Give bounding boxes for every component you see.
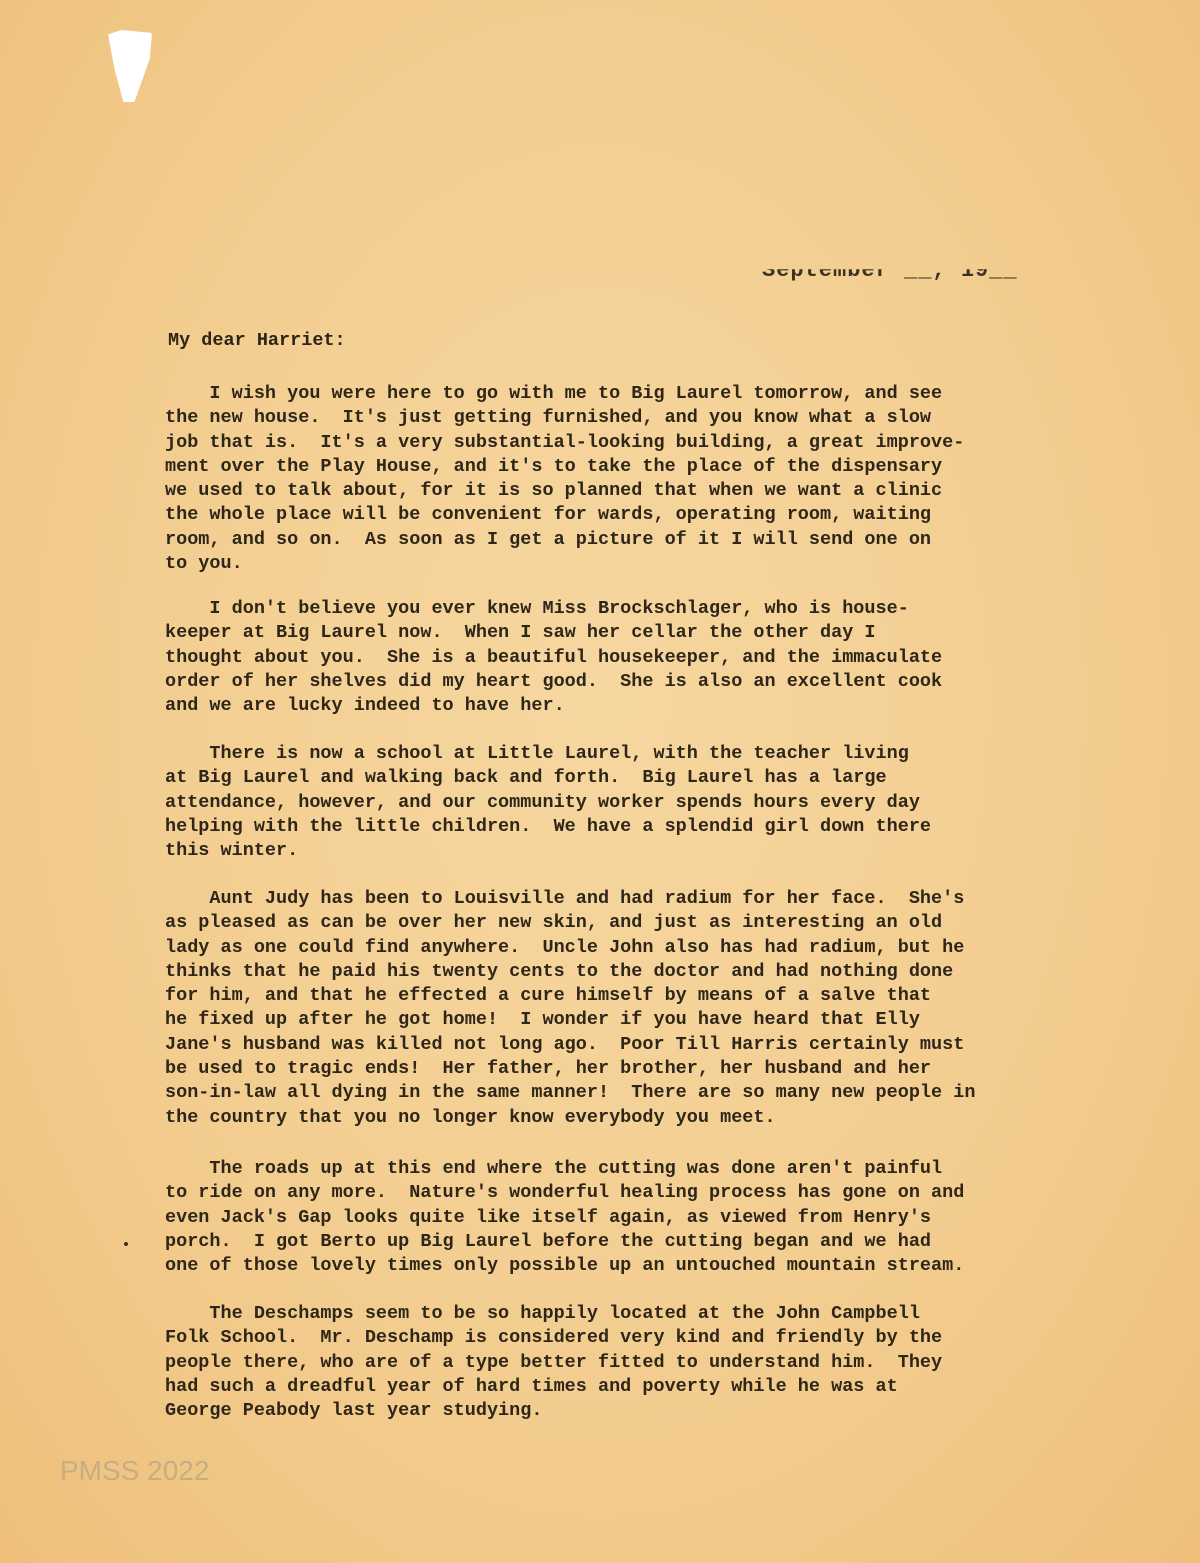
watermark: PMSS 2022 xyxy=(60,1455,209,1487)
text-line: ment over the Play House, and it's to ta… xyxy=(165,455,1065,479)
text-line: we used to talk about, for it is so plan… xyxy=(165,479,1065,503)
text-line: to you. xyxy=(165,552,1065,576)
text-line: for him, and that he effected a cure him… xyxy=(165,984,1065,1008)
ink-dot xyxy=(124,1242,128,1246)
text-line: and we are lucky indeed to have her. xyxy=(165,694,1065,718)
text-line: thinks that he paid his twenty cents to … xyxy=(165,960,1065,984)
text-line: even Jack's Gap looks quite like itself … xyxy=(165,1206,1065,1230)
text-line: had such a dreadful year of hard times a… xyxy=(165,1375,1065,1399)
text-line: The roads up at this end where the cutti… xyxy=(165,1157,1065,1181)
text-line: son-in-law all dying in the same manner!… xyxy=(165,1081,1065,1105)
text-line: Folk School. Mr. Deschamp is considered … xyxy=(165,1326,1065,1350)
text-line: porch. I got Berto up Big Laurel before … xyxy=(165,1230,1065,1254)
text-line: attendance, however, and our community w… xyxy=(165,791,1065,815)
paragraph-3: There is now a school at Little Laurel, … xyxy=(165,742,1065,863)
text-line: I wish you were here to go with me to Bi… xyxy=(165,382,1065,406)
text-line: to ride on any more. Nature's wonderful … xyxy=(165,1181,1065,1205)
letter-page: September __, 19__ My dear Harriet: I wi… xyxy=(0,0,1200,1563)
text-line: people there, who are of a type better f… xyxy=(165,1351,1065,1375)
text-line: at Big Laurel and walking back and forth… xyxy=(165,766,1065,790)
text-line: order of her shelves did my heart good. … xyxy=(165,670,1065,694)
paragraph-6: The Deschamps seem to be so happily loca… xyxy=(165,1302,1065,1423)
text-line: Jane's husband was killed not long ago. … xyxy=(165,1033,1065,1057)
salutation: My dear Harriet: xyxy=(168,330,346,351)
text-line: he fixed up after he got home! I wonder … xyxy=(165,1008,1065,1032)
text-line: be used to tragic ends! Her father, her … xyxy=(165,1057,1065,1081)
text-line: the country that you no longer know ever… xyxy=(165,1106,1065,1130)
date-line: September __, 19__ xyxy=(762,258,1018,283)
paragraph-5: The roads up at this end where the cutti… xyxy=(165,1157,1065,1278)
text-line: room, and so on. As soon as I get a pict… xyxy=(165,528,1065,552)
text-line: the new house. It's just getting furnish… xyxy=(165,406,1065,430)
text-line: one of those lovely times only possible … xyxy=(165,1254,1065,1278)
paragraph-1: I wish you were here to go with me to Bi… xyxy=(165,382,1065,576)
text-line: The Deschamps seem to be so happily loca… xyxy=(165,1302,1065,1326)
text-line: I don't believe you ever knew Miss Brock… xyxy=(165,597,1065,621)
text-line: Aunt Judy has been to Louisville and had… xyxy=(165,887,1065,911)
text-line: this winter. xyxy=(165,839,1065,863)
text-line: lady as one could find anywhere. Uncle J… xyxy=(165,936,1065,960)
text-line: the whole place will be convenient for w… xyxy=(165,503,1065,527)
text-line: keeper at Big Laurel now. When I saw her… xyxy=(165,621,1065,645)
text-line: George Peabody last year studying. xyxy=(165,1399,1065,1423)
text-line: helping with the little children. We hav… xyxy=(165,815,1065,839)
text-line: There is now a school at Little Laurel, … xyxy=(165,742,1065,766)
paper-tear-hole xyxy=(108,30,152,102)
text-line: as pleased as can be over her new skin, … xyxy=(165,911,1065,935)
text-line: thought about you. She is a beautiful ho… xyxy=(165,646,1065,670)
text-line: job that is. It's a very substantial-loo… xyxy=(165,431,1065,455)
paragraph-4: Aunt Judy has been to Louisville and had… xyxy=(165,887,1065,1130)
paragraph-2: I don't believe you ever knew Miss Brock… xyxy=(165,597,1065,718)
